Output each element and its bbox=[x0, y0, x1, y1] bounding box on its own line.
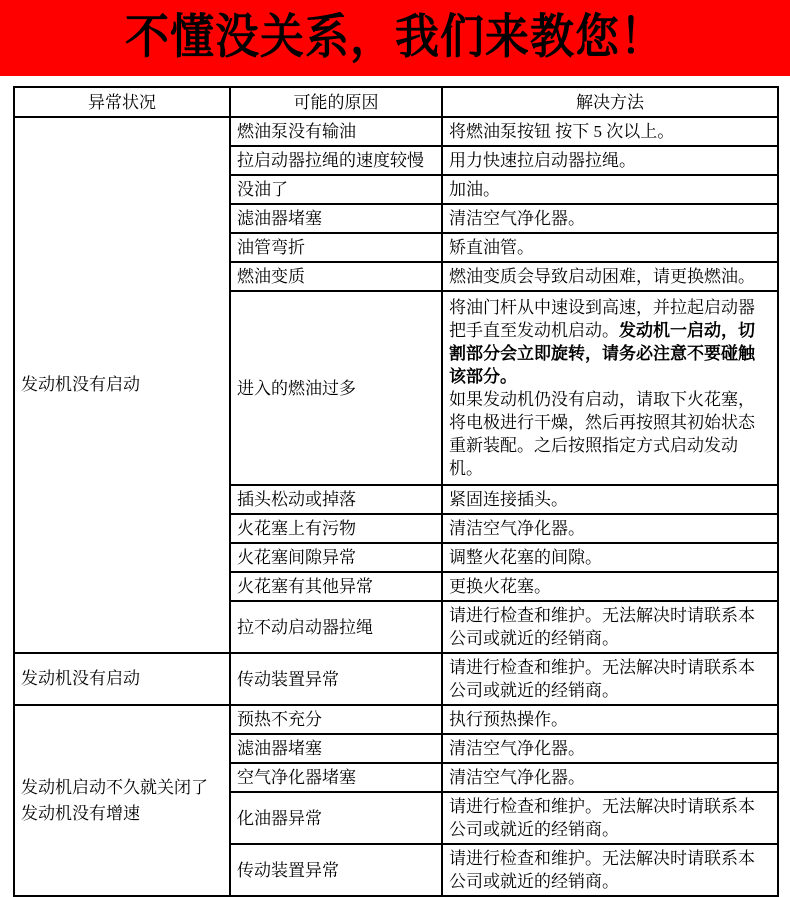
solution-cell: 清洁空气净化器。 bbox=[442, 204, 778, 233]
solution-cell: 紧固连接插头。 bbox=[442, 485, 778, 514]
troubleshooting-table-wrap: 异常状况 可能的原因 解决方法 发动机没有启动 燃油泵没有输油 将燃油泵按钮 按… bbox=[0, 76, 790, 897]
cause-cell: 拉启动器拉绳的速度较慢 bbox=[230, 146, 442, 175]
cause-cell: 传动装置异常 bbox=[230, 653, 442, 705]
page-title: 不懂没关系，我们来教您！ bbox=[125, 14, 665, 62]
cause-cell: 火花塞有其他异常 bbox=[230, 572, 442, 601]
table-row: 发动机没有启动 燃油泵没有输油 将燃油泵按钮 按下 5 次以上。 bbox=[14, 117, 778, 146]
cause-cell: 滤油器堵塞 bbox=[230, 204, 442, 233]
cause-cell: 拉不动启动器拉绳 bbox=[230, 601, 442, 653]
table-row: 发动机没有启动 传动装置异常 请进行检查和维护。无法解决时请联系本公司或就近的经… bbox=[14, 653, 778, 705]
cause-cell: 燃油泵没有输油 bbox=[230, 117, 442, 146]
solution-cell: 用力快速拉启动器拉绳。 bbox=[442, 146, 778, 175]
solution-cell: 更换火花塞。 bbox=[442, 572, 778, 601]
cause-cell: 插头松动或掉落 bbox=[230, 485, 442, 514]
table-row: 发动机启动不久就关闭了 发动机没有增速 预热不充分 执行预热操作。 bbox=[14, 705, 778, 734]
solution-cell: 将燃油泵按钮 按下 5 次以上。 bbox=[442, 117, 778, 146]
cause-cell: 油管弯折 bbox=[230, 233, 442, 262]
solution-cell: 请进行检查和维护。无法解决时请联系本公司或就近的经销商。 bbox=[442, 792, 778, 844]
header-row: 异常状况 可能的原因 解决方法 bbox=[14, 87, 778, 117]
column-header-condition: 异常状况 bbox=[14, 87, 230, 117]
solution-cell: 请进行检查和维护。无法解决时请联系本公司或就近的经销商。 bbox=[442, 653, 778, 705]
solution-cell: 矫直油管。 bbox=[442, 233, 778, 262]
column-header-solution: 解决方法 bbox=[442, 87, 778, 117]
cause-cell: 预热不充分 bbox=[230, 705, 442, 734]
solution-cell: 清洁空气净化器。 bbox=[442, 514, 778, 543]
promo-banner: 不懂没关系，我们来教您！ bbox=[0, 0, 790, 76]
cause-cell: 火花塞间隙异常 bbox=[230, 543, 442, 572]
solution-cell: 请进行检查和维护。无法解决时请联系本公司或就近的经销商。 bbox=[442, 601, 778, 653]
cause-cell: 化油器异常 bbox=[230, 792, 442, 844]
solution-cell: 将油门杆从中速设到高速，并拉起启动器把手直至发动机启动。发动机一启动，切割部分会… bbox=[442, 291, 778, 485]
condition-cell: 发动机没有启动 bbox=[14, 653, 230, 705]
column-header-cause: 可能的原因 bbox=[230, 87, 442, 117]
solution-cell: 执行预热操作。 bbox=[442, 705, 778, 734]
cause-cell: 空气净化器堵塞 bbox=[230, 763, 442, 792]
troubleshooting-table: 异常状况 可能的原因 解决方法 发动机没有启动 燃油泵没有输油 将燃油泵按钮 按… bbox=[13, 86, 779, 897]
cause-cell: 火花塞上有污物 bbox=[230, 514, 442, 543]
condition-cell: 发动机没有启动 bbox=[14, 117, 230, 653]
cause-cell: 燃油变质 bbox=[230, 262, 442, 291]
cause-cell: 传动装置异常 bbox=[230, 844, 442, 896]
cause-cell: 没油了 bbox=[230, 175, 442, 204]
solution-cell: 请进行检查和维护。无法解决时请联系本公司或就近的经销商。 bbox=[442, 844, 778, 896]
cause-cell: 滤油器堵塞 bbox=[230, 734, 442, 763]
solution-cell: 清洁空气净化器。 bbox=[442, 734, 778, 763]
condition-cell: 发动机启动不久就关闭了 发动机没有增速 bbox=[14, 705, 230, 896]
solution-cell: 燃油变质会导致启动困难，请更换燃油。 bbox=[442, 262, 778, 291]
solution-text: 如果发动机仍没有启动，请取下火花塞，将电极进行干燥，然后再按照其初始状态重新装配… bbox=[449, 390, 755, 478]
solution-cell: 调整火花塞的间隙。 bbox=[442, 543, 778, 572]
cause-cell: 进入的燃油过多 bbox=[230, 291, 442, 485]
solution-cell: 加油。 bbox=[442, 175, 778, 204]
solution-cell: 清洁空气净化器。 bbox=[442, 763, 778, 792]
